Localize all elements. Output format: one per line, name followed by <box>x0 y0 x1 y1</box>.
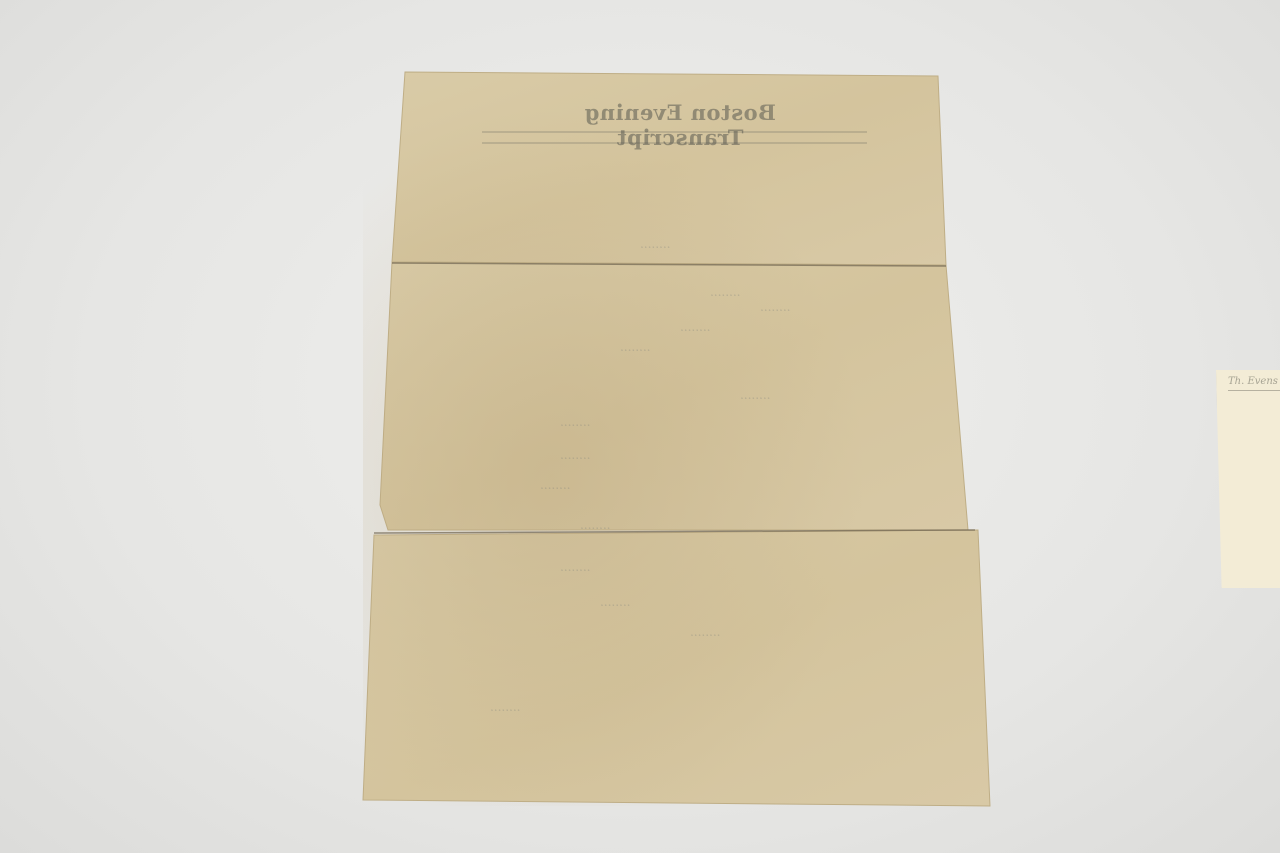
handwriting-line: ........ <box>710 285 741 299</box>
handwriting-line: ........ <box>620 340 651 354</box>
handwriting-line: ........ <box>560 415 591 429</box>
side-card: Th. Evens <box>1216 370 1280 588</box>
handwriting-line: ........ <box>680 320 711 334</box>
handwriting-line: ........ <box>690 625 721 639</box>
handwriting-line: ........ <box>540 478 571 492</box>
handwriting-line: ........ <box>600 595 631 609</box>
handwriting-line: ........ <box>580 518 611 532</box>
handwriting-line: ........ <box>760 300 791 314</box>
handwriting-line: ........ <box>560 560 591 574</box>
side-card-text: Th. Evens <box>1228 376 1278 387</box>
handwriting-line: ........ <box>560 448 591 462</box>
letterhead-mirrored: Boston Evening Transcript <box>560 100 800 150</box>
handwriting-line: ........ <box>740 388 771 402</box>
side-card-underline <box>1228 390 1280 391</box>
handwriting-line: ........ <box>640 237 671 251</box>
signature: ........ <box>490 700 521 714</box>
photograph: Boston Evening Transcript ........ .....… <box>0 0 1280 853</box>
